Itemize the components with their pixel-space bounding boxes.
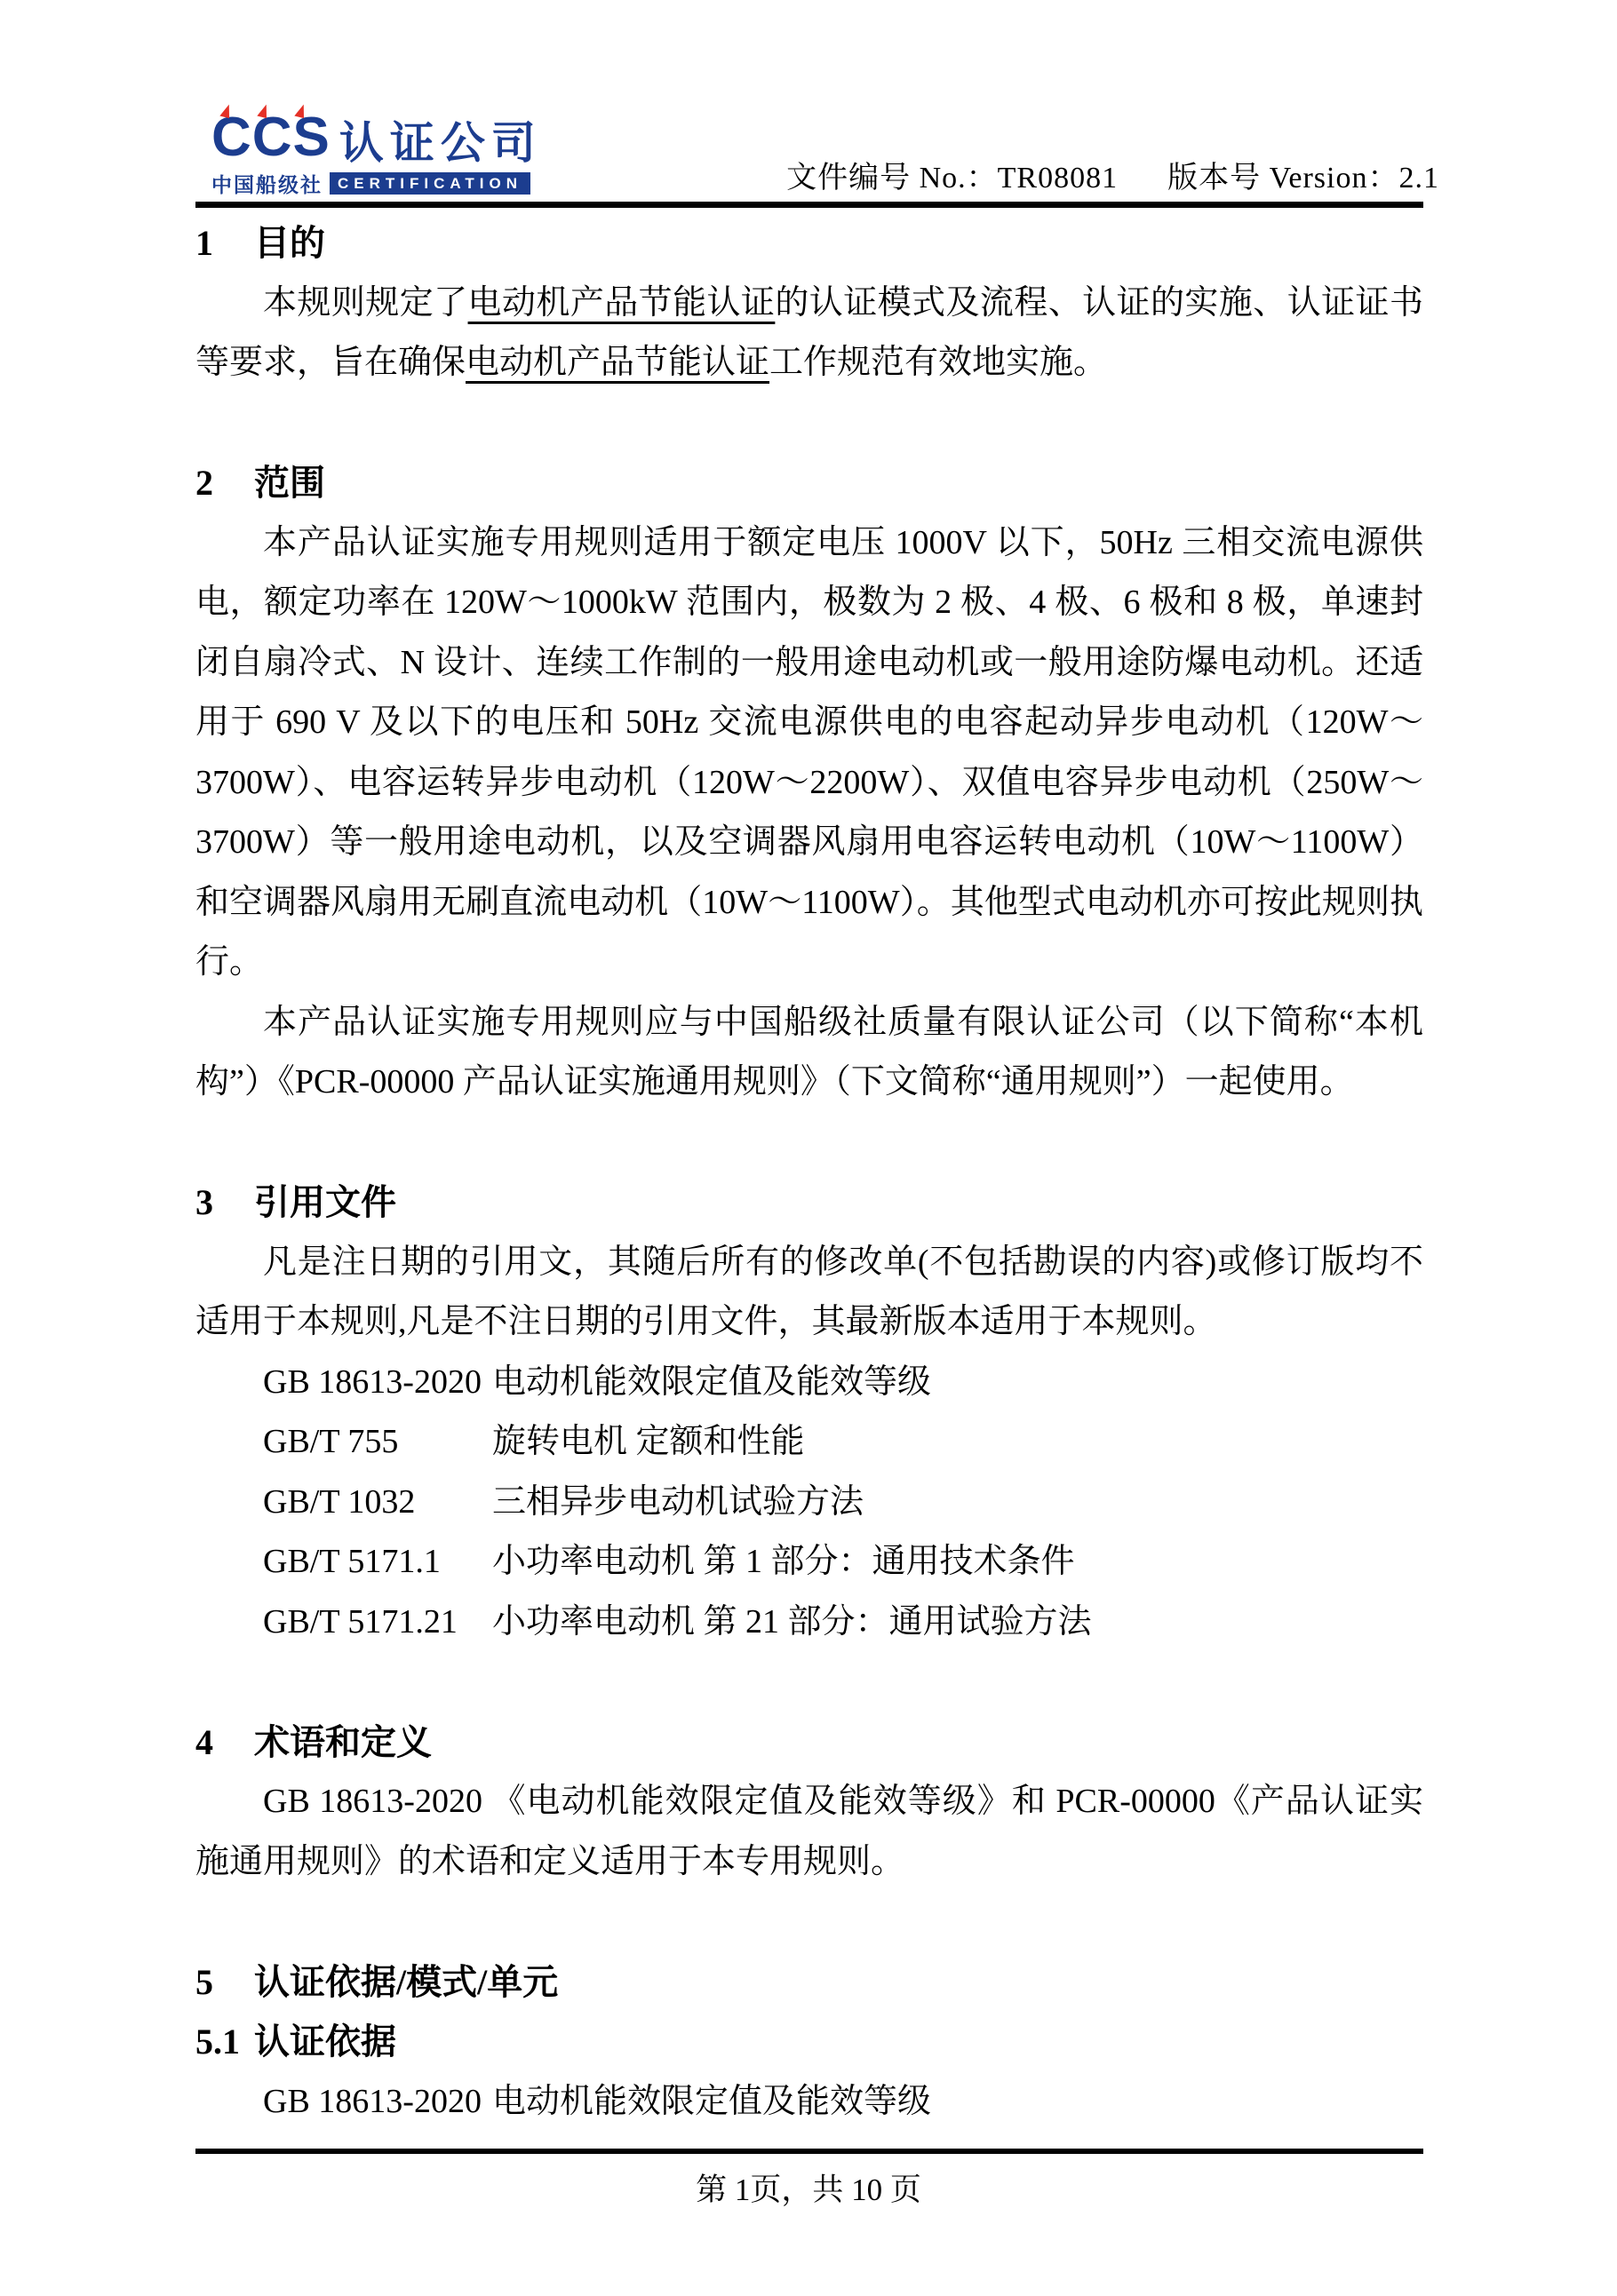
section-number: 3 — [195, 1172, 254, 1233]
standard-name: 三相异步电动机试验方法 — [492, 1483, 864, 1521]
standard-name: 电动机能效限定值及能效等级 — [492, 1363, 931, 1401]
reference-item: GB/T 755旋转电机 定额和性能 — [195, 1412, 1423, 1473]
reference-item: GB/T 1032三相异步电动机试验方法 — [195, 1473, 1423, 1533]
section-2-heading: 2范围 — [195, 453, 1423, 513]
reference-item: GB/T 5171.1小功率电动机 第 1 部分：通用技术条件 — [195, 1532, 1423, 1593]
document-page: CCS 认证公司 中国船级社 CERTIFICATION 文件编号 No.：TR… — [0, 0, 1617, 2296]
section-title: 认证依据/模式/单元 — [254, 1962, 558, 2002]
section-2-paragraph-1: 本产品认证实施专用规则适用于额定电压 1000V 以下，50Hz 三相交流电源供… — [195, 513, 1423, 993]
text-run: 本规则规定了 — [263, 284, 468, 322]
section-number: 1 — [195, 213, 254, 274]
standard-code: GB/T 5171.1 — [263, 1532, 492, 1593]
page-number: 第 1页，共 10 页 — [0, 2165, 1617, 2210]
footer-rule — [195, 2149, 1423, 2154]
logo-bottom-row: 中国船级社 CERTIFICATION — [211, 169, 542, 198]
section-3-heading: 3引用文件 — [195, 1172, 1423, 1233]
standard-name: 电动机能效限定值及能效等级 — [492, 2083, 931, 2120]
section-title: 范围 — [254, 463, 325, 503]
standard-name: 旋转电机 定额和性能 — [492, 1423, 805, 1460]
ccs-logo: CCS 认证公司 中国船级社 CERTIFICATION — [211, 110, 542, 198]
section-3-paragraph: 凡是注日期的引用文，其随后所有的修改单(不包括勘误的内容)或修订版均不适用于本规… — [195, 1233, 1423, 1353]
section-number: 4 — [195, 1712, 254, 1773]
reference-item: GB 18613-2020电动机能效限定值及能效等级 — [195, 2072, 1423, 2133]
standard-code: GB/T 755 — [263, 1412, 492, 1473]
doc-version: 版本号 Version：2.1 — [1167, 162, 1439, 195]
section-1-paragraph: 本规则规定了电动机产品节能认证的认证模式及流程、认证的实施、认证证书等要求，旨在… — [195, 274, 1423, 393]
underlined-text: 电动机产品节能认证 — [468, 284, 776, 322]
section-title: 引用文件 — [254, 1182, 396, 1222]
section-1-heading: 1目的 — [195, 213, 1423, 274]
logo-society-text: 中国船级社 — [211, 169, 323, 198]
document-meta: 文件编号 No.：TR08081版本号 Version：2.1 — [786, 153, 1439, 196]
standard-code: GB/T 5171.21 — [263, 1593, 492, 1653]
section-5-heading: 5认证依据/模式/单元 — [195, 1952, 1423, 2013]
standard-name: 小功率电动机 第 1 部分：通用技术条件 — [492, 1543, 1075, 1580]
ccs-mark: CCS — [211, 110, 331, 165]
section-5-1-heading: 5.1认证依据 — [195, 2012, 1423, 2072]
section-number: 5.1 — [195, 2012, 254, 2072]
section-title: 术语和定义 — [254, 1722, 432, 1762]
standard-name: 小功率电动机 第 21 部分：通用试验方法 — [492, 1603, 1092, 1641]
reference-item: GB 18613-2020电动机能效限定值及能效等级 — [195, 1353, 1423, 1413]
logo-top-row: CCS 认证公司 — [211, 110, 542, 165]
section-2-paragraph-2: 本产品认证实施专用规则应与中国船级社质量有限认证公司（以下简称“本机构”）《PC… — [195, 993, 1423, 1113]
standard-code: GB/T 1032 — [263, 1473, 492, 1533]
section-title: 认证依据 — [254, 2022, 396, 2062]
section-title: 目的 — [254, 223, 325, 263]
section-4-heading: 4术语和定义 — [195, 1712, 1423, 1773]
section-number: 5 — [195, 1952, 254, 2013]
doc-number: 文件编号 No.：TR08081 — [786, 162, 1118, 195]
logo-company-text: 认证公司 — [339, 121, 542, 165]
reference-item: GB/T 5171.21小功率电动机 第 21 部分：通用试验方法 — [195, 1593, 1423, 1653]
underlined-text: 电动机产品节能认证 — [466, 344, 769, 381]
logo-certification-badge: CERTIFICATION — [330, 172, 530, 195]
section-4-paragraph: GB 18613-2020 《电动机能效限定值及能效等级》和 PCR-00000… — [195, 1772, 1423, 1892]
standard-code: GB 18613-2020 — [263, 2072, 492, 2133]
standard-code: GB 18613-2020 — [263, 1353, 492, 1413]
header-rule — [195, 202, 1423, 208]
document-body: 1目的 本规则规定了电动机产品节能认证的认证模式及流程、认证的实施、认证证书等要… — [195, 213, 1423, 2132]
section-number: 2 — [195, 453, 254, 513]
text-run: 工作规范有效地实施。 — [769, 344, 1107, 381]
